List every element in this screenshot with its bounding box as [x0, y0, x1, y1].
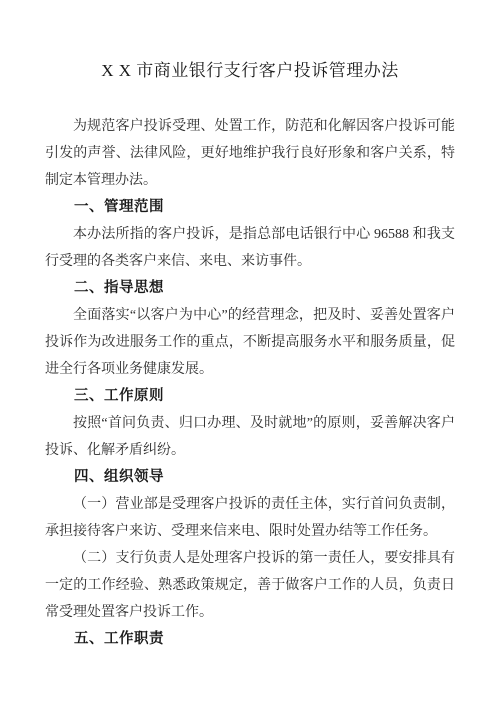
document-title: X X 市商业银行支行客户投诉管理办法 — [45, 58, 455, 84]
section-heading-organization-leadership: 四、组织领导 — [45, 464, 455, 491]
paragraph-scope: 本办法所指的客户投诉，是指总部电话银行中心 96588 和我支行受理的各类客户来… — [45, 221, 455, 275]
section-heading-work-principles: 三、工作原则 — [45, 383, 455, 410]
section-heading-work-duties: 五、工作职责 — [45, 626, 455, 653]
paragraph-intro: 为规范客户投诉受理、处置工作，防范和化解因客户投诉可能引发的声誉、法律风险，更好… — [45, 113, 455, 194]
paragraph-work-principles: 按照“首问负责、归口办理、及时就地”的原则，妥善解决客户投诉、化解矛盾纠纷。 — [45, 410, 455, 464]
paragraph-organization-item-1: （一）营业部是受理客户投诉的责任主体，实行首问负责制，承担接待客户来访、受理来信… — [45, 491, 455, 545]
paragraph-guiding-ideology: 全面落实“以客户为中心”的经营理念，把及时、妥善处置客户投诉作为改进服务工作的重… — [45, 302, 455, 383]
section-heading-guiding-ideology: 二、指导思想 — [45, 275, 455, 302]
document-page: X X 市商业银行支行客户投诉管理办法 为规范客户投诉受理、处置工作，防范和化解… — [0, 0, 500, 708]
paragraph-organization-item-2: （二）支行负责人是处理客户投诉的第一责任人，要安排具有一定的工作经验、熟悉政策规… — [45, 545, 455, 626]
section-heading-scope: 一、管理范围 — [45, 194, 455, 221]
